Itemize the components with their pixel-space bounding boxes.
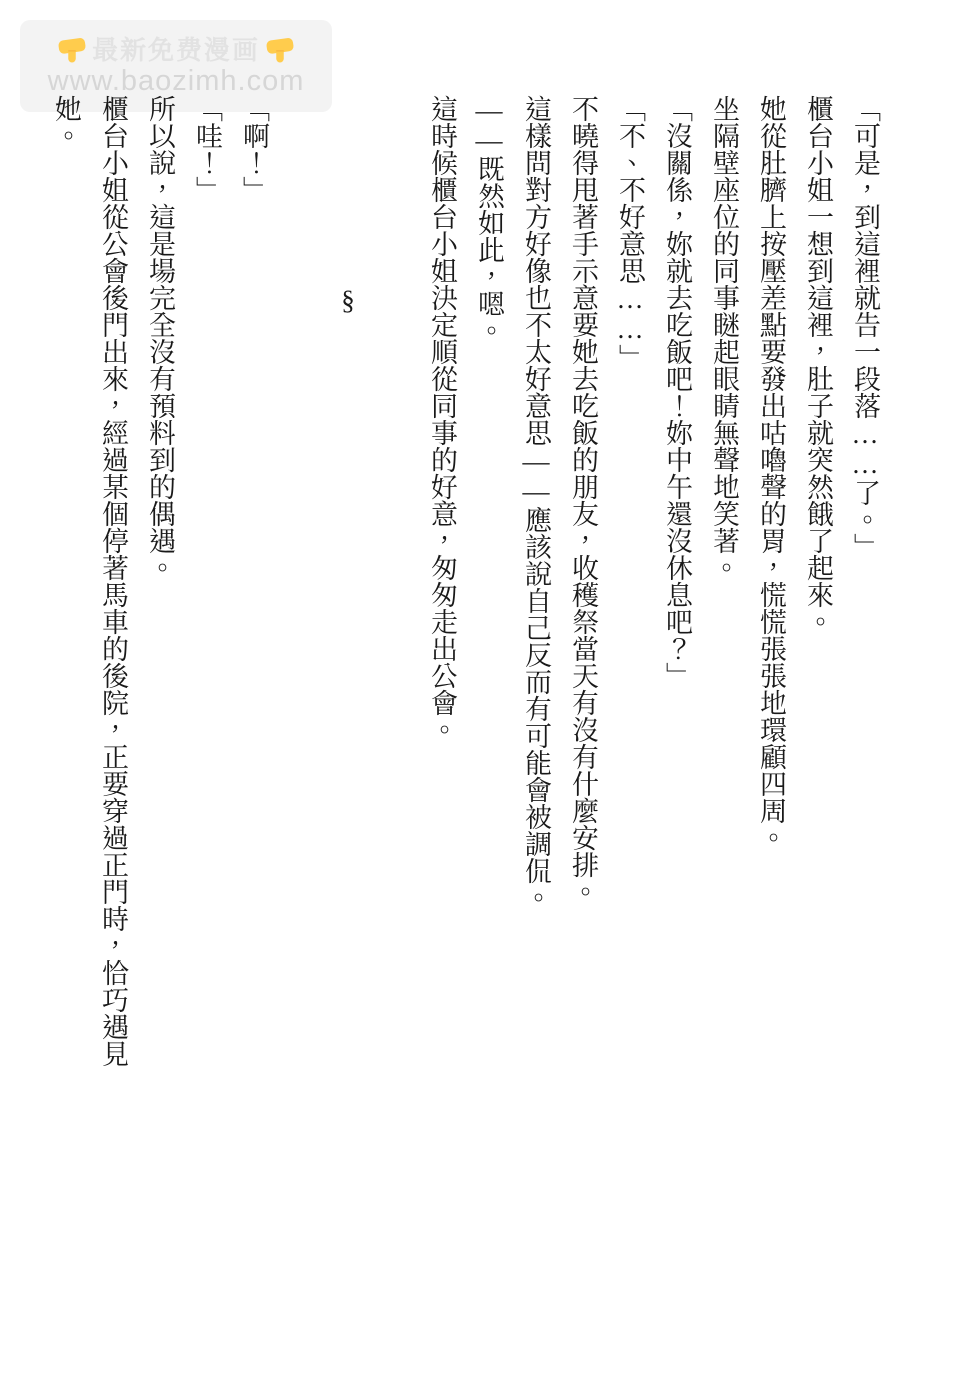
novel-paragraph: 櫃台小姐一想到這裡，肚子就突然餓了起來。 (794, 95, 841, 1105)
novel-paragraph: 這時候櫃台小姐決定順從同事的好意，匆匆走出公會。 (418, 95, 465, 1105)
watermark-url: www.baozimh.com (48, 66, 305, 98)
novel-page-text: 「可是，到這裡就告一段落……了。」 櫃台小姐一想到這裡，肚子就突然餓了起來。 她… (42, 95, 888, 1105)
novel-paragraph: 這樣問對方好像也不太好意思——應該說自己反而有可能會被調侃。 (512, 95, 559, 1105)
pointing-down-icon (265, 35, 295, 65)
watermark-title-row: 最新免费漫画 (57, 35, 295, 65)
pointing-down-icon (57, 35, 87, 65)
novel-paragraph: 櫃台小姐從公會後門出來，經過某個停著馬車的後院，正要穿過正門時，恰巧遇見她。 (42, 95, 136, 1105)
novel-paragraph: ——既然如此，嗯。 (465, 95, 512, 1105)
novel-paragraph: 她從肚臍上按壓差點要發出咕嚕聲的胃，慌慌張張地環顧四周。 (747, 95, 794, 1105)
novel-paragraph: 所以說，這是場完全沒有預料到的偶遇。 (136, 95, 183, 1105)
novel-paragraph: 「可是，到這裡就告一段落……了。」 (841, 95, 888, 1105)
watermark-text: 最新免费漫画 (92, 37, 260, 63)
novel-paragraph: 「啊！」 (230, 95, 277, 1105)
novel-paragraph: 「哇！」 (183, 95, 230, 1105)
novel-paragraph: 「沒關係，妳就去吃飯吧！妳中午還沒休息吧？」 (653, 95, 700, 1105)
novel-paragraph: 「不、不好意思……」 (606, 95, 653, 1105)
novel-paragraph: 不曉得甩著手示意要她去吃飯的朋友，收穫祭當天有沒有什麼安排。 (559, 95, 606, 1105)
novel-paragraph: 坐隔壁座位的同事瞇起眼睛無聲地笑著。 (700, 95, 747, 1105)
section-break-mark: § (324, 95, 371, 1105)
